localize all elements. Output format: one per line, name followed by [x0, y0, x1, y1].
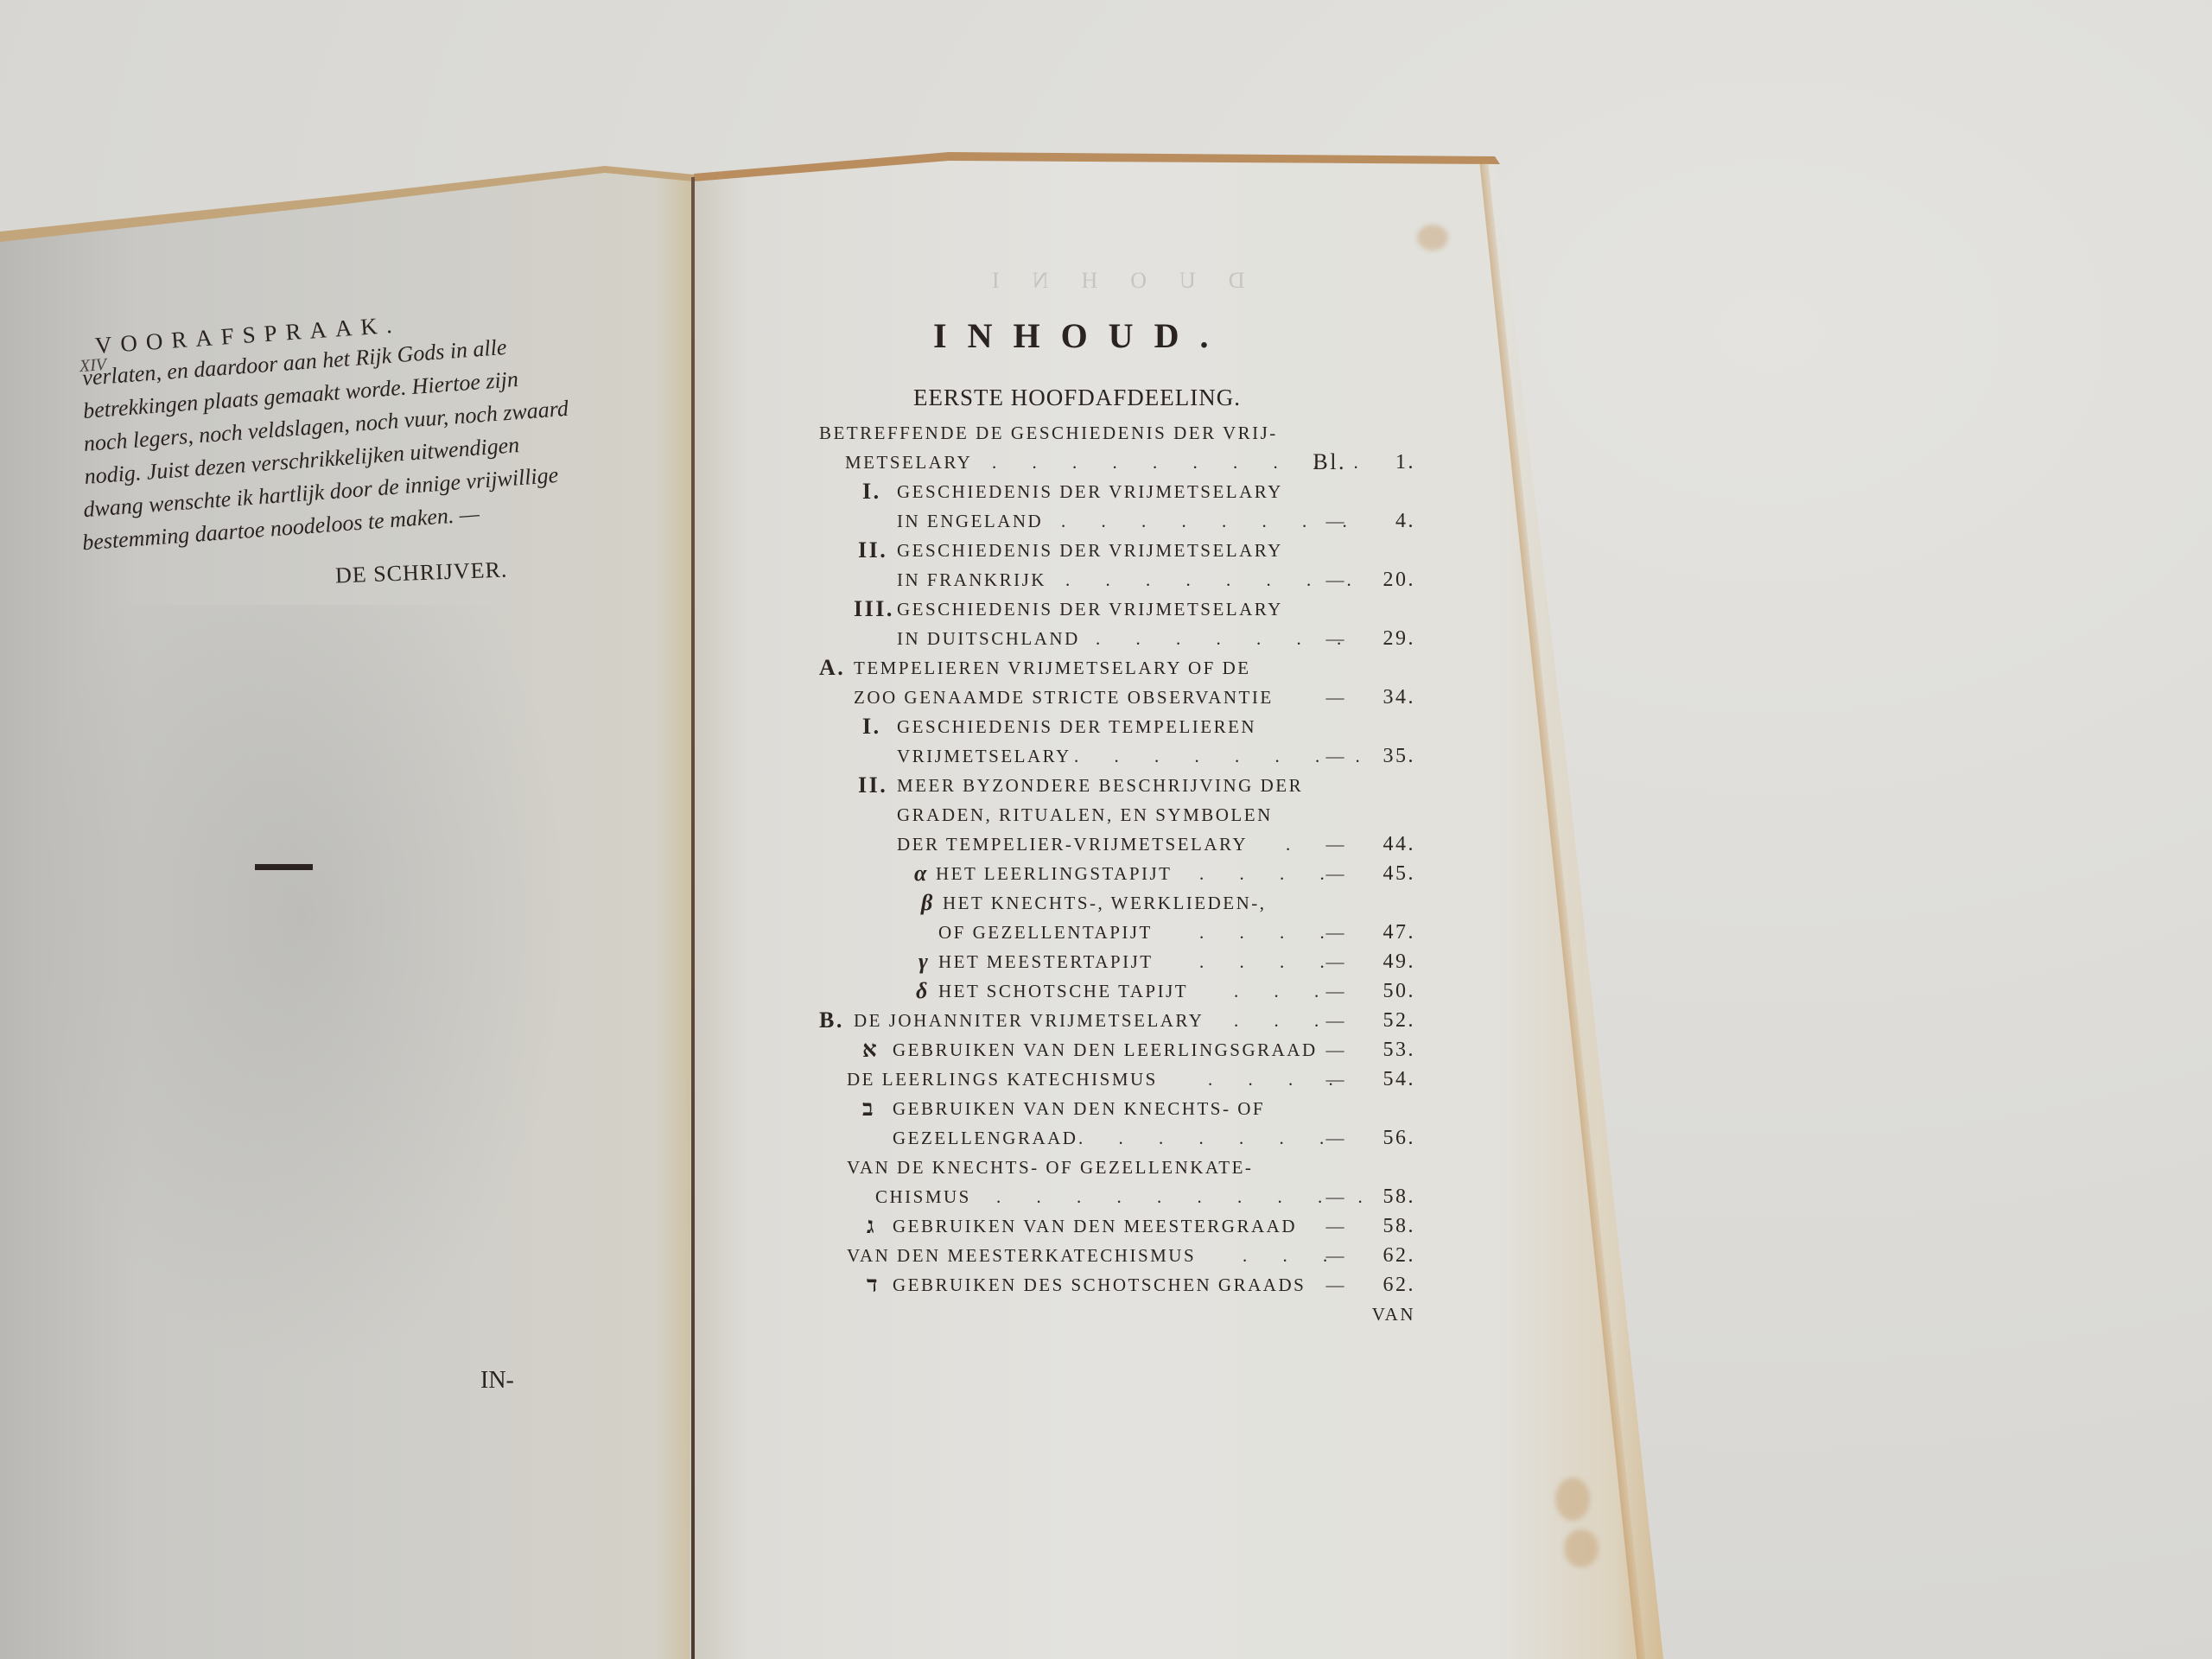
toc-page: 62. — [1355, 1241, 1415, 1270]
toc-marker: III. — [854, 594, 894, 624]
toc-ref: — — [1326, 859, 1347, 888]
toc-marker: I. — [862, 477, 881, 506]
foxing-stain — [1555, 1478, 1590, 1521]
toc-text: VAN DE KNECHTS- OF GEZELLENKATE- — [847, 1153, 1253, 1182]
section-heading: EERSTE HOOFDAFDEELING. — [913, 385, 1241, 411]
toc-row: VAN DEN MEESTERKATECHISMUS . . . — 62. — [819, 1241, 1415, 1270]
toc-row: I. GESCHIEDENIS DER TEMPELIEREN — [819, 712, 1415, 741]
toc-text: GEBRUIKEN VAN DEN LEERLINGSGRAAD — [893, 1035, 1318, 1065]
toc-row: METSELARY . . . . . . . . . . Bl. 1. — [819, 448, 1415, 477]
toc-marker: ג — [867, 1211, 876, 1241]
left-page — [0, 0, 696, 1659]
toc-page: 45. — [1355, 859, 1415, 888]
toc-row: γ HET MEESTERTAPIJT . . . . — 49. — [819, 947, 1415, 976]
toc-leader: . . . . — [1199, 947, 1340, 976]
bleed-through-text: DUOHNI — [959, 268, 1245, 294]
toc-text: IN FRANKRIJK — [897, 565, 1046, 594]
toc-row: GEZELLENGRAAD . . . . . . . — 56. — [819, 1123, 1415, 1153]
toc-leader: . . . . . . . . . . — [996, 1182, 1378, 1211]
toc-page: 50. — [1355, 976, 1415, 1006]
toc-text: GESCHIEDENIS DER TEMPELIEREN — [897, 712, 1256, 741]
toc-leader: . . . . . . . . — [1061, 506, 1363, 536]
toc-text: IN DUITSCHLAND — [897, 624, 1080, 653]
toc-text: HET MEESTERTAPIJT — [938, 947, 1154, 976]
toc-leader: . . . — [1234, 976, 1334, 1006]
toc-marker: δ — [916, 976, 930, 1006]
toc-text: VAN DEN MEESTERKATECHISMUS — [847, 1241, 1196, 1270]
toc-row: VAN DE KNECHTS- OF GEZELLENKATE- — [819, 1153, 1415, 1182]
toc-page: 62. — [1355, 1270, 1415, 1300]
toc-ref: — — [1326, 1035, 1347, 1065]
toc-ref: — — [1326, 565, 1347, 594]
toc-text: GEBRUIKEN VAN DEN KNECHTS- OF — [893, 1094, 1265, 1123]
toc-row: II. MEER BYZONDERE BESCHRIJVING DER — [819, 771, 1415, 800]
toc-page: 47. — [1355, 918, 1415, 947]
page-title: INHOUD. — [933, 315, 1229, 356]
toc-row: VRIJMETSELARY . . . . . . . . — 35. — [819, 741, 1415, 771]
toc-ref: — — [1326, 947, 1347, 976]
toc-text: CHISMUS — [875, 1182, 971, 1211]
toc-text: MEER BYZONDERE BESCHRIJVING DER — [897, 771, 1303, 800]
toc-ref: — — [1326, 1211, 1347, 1241]
toc-ref: — — [1326, 1006, 1347, 1035]
toc-leader: . . . . — [1199, 859, 1340, 888]
toc-leader: . . . . — [1199, 918, 1340, 947]
toc-ref: — — [1326, 1182, 1347, 1211]
toc-marker: א — [862, 1035, 879, 1065]
toc-leader: . — [1286, 829, 1306, 859]
foxing-stain — [1417, 225, 1448, 251]
toc-text: TEMPELIEREN VRIJMETSELARY OF DE — [854, 653, 1251, 683]
toc-row: IN ENGELAND . . . . . . . . — 4. — [819, 506, 1415, 536]
toc-row: ג GEBRUIKEN VAN DEN MEESTERGRAAD — 58. — [819, 1211, 1415, 1241]
toc-row: I. GESCHIEDENIS DER VRIJMETSELARY — [819, 477, 1415, 506]
toc-text: HET LEERLINGSTAPIJT — [936, 859, 1173, 888]
left-catchword: IN- — [480, 1367, 514, 1395]
toc-marker: B. — [819, 1006, 844, 1035]
toc-leader: . . . . . . . . — [1065, 565, 1367, 594]
toc-ref: — — [1326, 976, 1347, 1006]
table-of-contents: BETREFFENDE DE GESCHIEDENIS DER VRIJ- ME… — [819, 418, 1415, 1329]
toc-page: 56. — [1355, 1123, 1415, 1153]
toc-text: GEBRUIKEN DES SCHOTSCHEN GRAADS — [893, 1270, 1306, 1300]
toc-row: IN DUITSCHLAND . . . . . . . — 29. — [819, 624, 1415, 653]
toc-text: GEBRUIKEN VAN DEN MEESTERGRAAD — [893, 1211, 1297, 1241]
toc-text: OF GEZELLENTAPIJT — [938, 918, 1153, 947]
toc-ref: — — [1326, 683, 1347, 712]
toc-text: BETREFFENDE DE GESCHIEDENIS DER VRIJ- — [819, 418, 1278, 448]
toc-text: HET KNECHTS-, WERKLIEDEN-, — [943, 888, 1267, 918]
toc-ref: — — [1326, 1123, 1347, 1153]
toc-marker: I. — [862, 712, 881, 741]
toc-text: GESCHIEDENIS DER VRIJMETSELARY — [897, 594, 1283, 624]
toc-marker: ב — [862, 1094, 875, 1123]
toc-page: 58. — [1355, 1211, 1415, 1241]
toc-marker: A. — [819, 653, 845, 683]
toc-page: 34. — [1355, 683, 1415, 712]
toc-marker: II. — [858, 771, 887, 800]
toc-text: DE LEERLINGS KATECHISMUS — [847, 1065, 1158, 1094]
toc-ref: — — [1326, 624, 1347, 653]
toc-page: 35. — [1355, 741, 1415, 771]
toc-row: GRADEN, RITUALEN, EN SYMBOLEN — [819, 800, 1415, 829]
toc-marker: α — [914, 859, 929, 888]
toc-row: DER TEMPELIER-VRIJMETSELARY . — 44. — [819, 829, 1415, 859]
toc-row: δ HET SCHOTSCHE TAPIJT . . . — 50. — [819, 976, 1415, 1006]
toc-row: BETREFFENDE DE GESCHIEDENIS DER VRIJ- — [819, 418, 1415, 448]
toc-text: ZOO GENAAMDE STRICTE OBSERVANTIE — [854, 683, 1274, 712]
toc-text: GEZELLENGRAAD — [893, 1123, 1077, 1153]
toc-row: ד GEBRUIKEN DES SCHOTSCHEN GRAADS — 62. — [819, 1270, 1415, 1300]
toc-row: CHISMUS . . . . . . . . . . — 58. — [819, 1182, 1415, 1211]
foxing-stain — [1564, 1529, 1599, 1567]
toc-page: 58. — [1355, 1182, 1415, 1211]
toc-row: A. TEMPELIEREN VRIJMETSELARY OF DE — [819, 653, 1415, 683]
toc-page: 52. — [1355, 1006, 1415, 1035]
toc-text: GESCHIEDENIS DER VRIJMETSELARY — [897, 477, 1283, 506]
toc-page: 29. — [1355, 624, 1415, 653]
toc-ref: Bl. — [1313, 448, 1346, 477]
toc-ref: — — [1326, 1241, 1347, 1270]
toc-text: HET SCHOTSCHE TAPIJT — [938, 976, 1188, 1006]
toc-marker: ד — [867, 1270, 880, 1300]
toc-row: OF GEZELLENTAPIJT . . . . — 47. — [819, 918, 1415, 947]
toc-row: ב GEBRUIKEN VAN DEN KNECHTS- OF — [819, 1094, 1415, 1123]
toc-row: III. GESCHIEDENIS DER VRIJMETSELARY — [819, 594, 1415, 624]
left-page-body: verlaten, en daardoor aan het Rijk Gods … — [69, 327, 576, 559]
left-page-shadow — [35, 605, 570, 1382]
section-rule — [255, 864, 313, 870]
toc-ref: — — [1326, 741, 1347, 771]
toc-ref: — — [1326, 1270, 1347, 1300]
toc-page: 20. — [1355, 565, 1415, 594]
right-catchword: VAN — [1355, 1300, 1415, 1329]
toc-text: GESCHIEDENIS DER VRIJMETSELARY — [897, 536, 1283, 565]
toc-page: 49. — [1355, 947, 1415, 976]
book-gutter — [691, 177, 695, 1659]
toc-page: 53. — [1355, 1035, 1415, 1065]
toc-row: DE LEERLINGS KATECHISMUS . . . . — 54. — [819, 1065, 1415, 1094]
toc-text: VRIJMETSELARY — [897, 741, 1071, 771]
toc-row: ZOO GENAAMDE STRICTE OBSERVANTIE — 34. — [819, 683, 1415, 712]
toc-page: 1. — [1355, 448, 1415, 477]
toc-row: א GEBRUIKEN VAN DEN LEERLINGSGRAAD — 53. — [819, 1035, 1415, 1065]
toc-leader: . . . — [1234, 1006, 1334, 1035]
toc-row: B. DE JOHANNITER VRIJMETSELARY . . . — 5… — [819, 1006, 1415, 1035]
toc-marker: γ — [918, 947, 930, 976]
toc-text: METSELARY — [845, 448, 972, 477]
toc-text: IN ENGELAND — [897, 506, 1043, 536]
toc-page: 4. — [1355, 506, 1415, 536]
toc-row: II. GESCHIEDENIS DER VRIJMETSELARY — [819, 536, 1415, 565]
toc-marker: β — [921, 888, 935, 918]
toc-row: VAN — [819, 1300, 1415, 1329]
toc-text: DER TEMPELIER-VRIJMETSELARY — [897, 829, 1248, 859]
toc-page: 54. — [1355, 1065, 1415, 1094]
toc-page: 44. — [1355, 829, 1415, 859]
toc-row: α HET LEERLINGSTAPIJT . . . . — 45. — [819, 859, 1415, 888]
toc-row: IN FRANKRIJK . . . . . . . . — 20. — [819, 565, 1415, 594]
toc-text: GRADEN, RITUALEN, EN SYMBOLEN — [897, 800, 1273, 829]
toc-ref: — — [1326, 918, 1347, 947]
toc-ref: — — [1326, 829, 1347, 859]
toc-leader: . . . . . . . — [1078, 1123, 1339, 1153]
toc-ref: — — [1326, 506, 1347, 536]
toc-marker: II. — [858, 536, 887, 565]
toc-leader: . . . . . . . — [1096, 624, 1357, 653]
toc-ref: — — [1326, 1065, 1347, 1094]
toc-text: DE JOHANNITER VRIJMETSELARY — [854, 1006, 1204, 1035]
toc-row: β HET KNECHTS-, WERKLIEDEN-, — [819, 888, 1415, 918]
